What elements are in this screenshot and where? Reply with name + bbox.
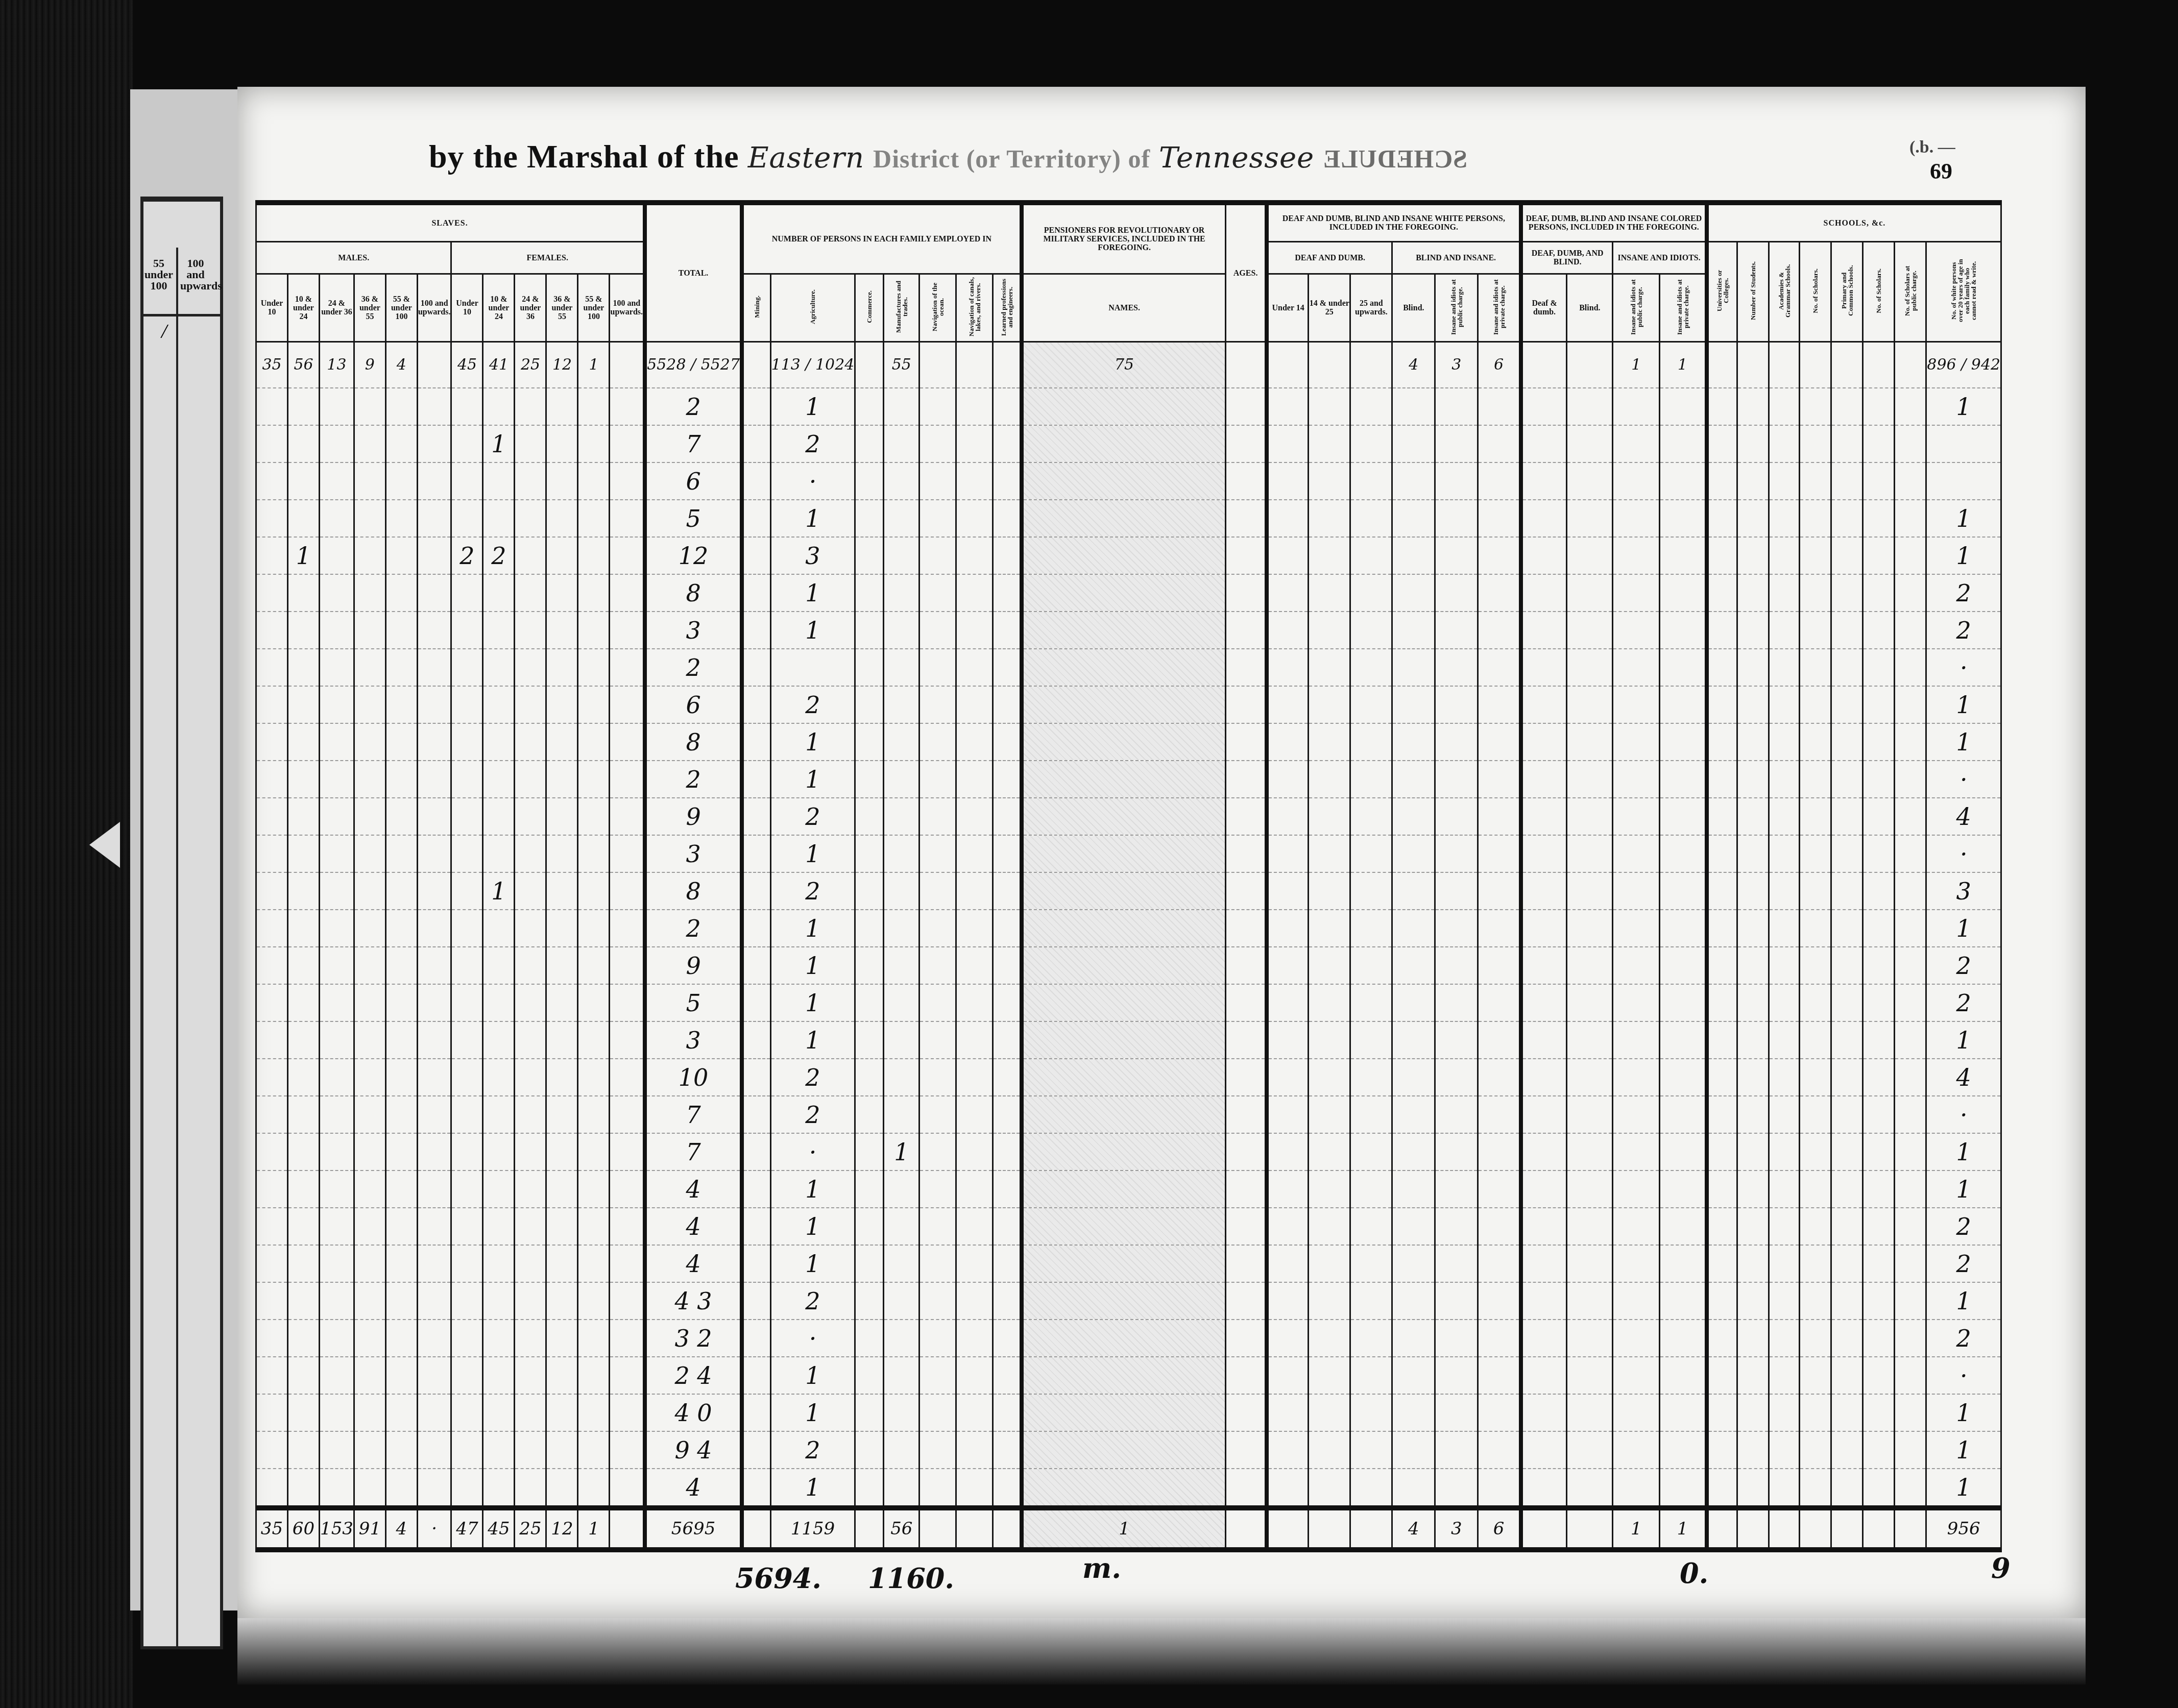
cell bbox=[855, 462, 884, 500]
cell bbox=[1478, 1059, 1521, 1096]
cell bbox=[578, 761, 610, 798]
cell bbox=[919, 425, 956, 462]
cell bbox=[1435, 649, 1478, 686]
cell bbox=[1567, 462, 1613, 500]
cell bbox=[1707, 910, 1737, 947]
agriculture-count: 2 bbox=[770, 1431, 855, 1469]
cell bbox=[855, 761, 884, 798]
cell bbox=[1831, 1170, 1863, 1208]
cell bbox=[1567, 612, 1613, 649]
cell bbox=[1521, 1170, 1567, 1208]
cell bbox=[1707, 1245, 1737, 1282]
cell bbox=[1737, 1245, 1769, 1282]
cell bbox=[1392, 574, 1435, 612]
grand-total: 5695 bbox=[645, 1508, 742, 1550]
cell bbox=[288, 686, 320, 723]
cell bbox=[1660, 1469, 1707, 1508]
table-row: 511 bbox=[256, 500, 2001, 537]
cell bbox=[417, 1059, 451, 1096]
cell bbox=[417, 1096, 451, 1133]
cell bbox=[1613, 388, 1660, 425]
total-cell bbox=[993, 1508, 1022, 1550]
manufactures-total: 56 bbox=[884, 1508, 919, 1550]
table-row: 4 011 bbox=[256, 1394, 2001, 1431]
cell bbox=[610, 984, 645, 1021]
cannot-read-count: 2 bbox=[1926, 1245, 2001, 1282]
pensioners-ages-header: AGES. bbox=[1226, 203, 1267, 342]
cell bbox=[956, 1431, 993, 1469]
cell bbox=[1800, 1431, 1831, 1469]
cell bbox=[256, 761, 288, 798]
table-row: 2 41· bbox=[256, 1357, 2001, 1394]
cell bbox=[1613, 761, 1660, 798]
cell bbox=[956, 1282, 993, 1320]
cell bbox=[1800, 686, 1831, 723]
manufactures-count bbox=[884, 1431, 919, 1469]
employed-col-learned: Learned professions and engineers. bbox=[993, 274, 1022, 342]
cell bbox=[919, 1320, 956, 1357]
cell bbox=[1613, 1133, 1660, 1170]
cell bbox=[1267, 425, 1309, 462]
cell bbox=[1660, 1170, 1707, 1208]
cell bbox=[483, 910, 515, 947]
cell bbox=[1226, 686, 1267, 723]
cell bbox=[1567, 910, 1613, 947]
cell bbox=[1478, 1357, 1521, 1394]
cell bbox=[919, 1096, 956, 1133]
cell bbox=[1737, 910, 1769, 947]
cannot-read-count bbox=[1926, 462, 2001, 500]
cell bbox=[354, 761, 385, 798]
cell bbox=[1660, 1133, 1707, 1170]
cell bbox=[1478, 649, 1521, 686]
cell bbox=[1737, 342, 1769, 388]
cell bbox=[483, 798, 515, 835]
cell bbox=[1226, 1469, 1267, 1508]
cell bbox=[578, 1245, 610, 1282]
cannot-read-count: 4 bbox=[1926, 798, 2001, 835]
cell bbox=[320, 1170, 354, 1208]
cell: 45 bbox=[451, 342, 483, 388]
cell bbox=[1863, 1431, 1895, 1469]
cell bbox=[919, 574, 956, 612]
slave-female-col-6: 100 and upwards. bbox=[610, 274, 645, 342]
manufactures-count bbox=[884, 1021, 919, 1059]
household-total: 4 bbox=[645, 1245, 742, 1282]
agriculture-count: 1 bbox=[770, 984, 855, 1021]
cell bbox=[1800, 835, 1831, 872]
cell: 9 bbox=[354, 342, 385, 388]
cell bbox=[1737, 1133, 1769, 1170]
cell bbox=[1660, 1320, 1707, 1357]
cell bbox=[956, 1245, 993, 1282]
household-total: 7 bbox=[645, 1096, 742, 1133]
slave-female-col-3: 24 & under 36 bbox=[515, 274, 546, 342]
total-cell bbox=[956, 1508, 993, 1550]
manufactures-count bbox=[884, 537, 919, 574]
cell bbox=[385, 1021, 417, 1059]
cell bbox=[320, 761, 354, 798]
cell bbox=[956, 425, 993, 462]
cell bbox=[1737, 1469, 1769, 1508]
cell bbox=[1863, 1469, 1895, 1508]
cell bbox=[1737, 723, 1769, 761]
cell bbox=[610, 1320, 645, 1357]
cell bbox=[483, 1394, 515, 1431]
cell bbox=[546, 388, 578, 425]
cell bbox=[610, 723, 645, 761]
cell bbox=[1863, 388, 1895, 425]
cell bbox=[1022, 1469, 1226, 1508]
cell bbox=[1769, 612, 1800, 649]
cell bbox=[1226, 1431, 1267, 1469]
cell bbox=[610, 612, 645, 649]
cell bbox=[1521, 574, 1567, 612]
cell bbox=[578, 798, 610, 835]
cell bbox=[1769, 798, 1800, 835]
household-total: 2 bbox=[645, 910, 742, 947]
cell bbox=[1350, 1357, 1392, 1394]
cell bbox=[417, 761, 451, 798]
cell bbox=[956, 1170, 993, 1208]
colored-deaf-col: Deaf & dumb. bbox=[1521, 274, 1567, 342]
cell bbox=[515, 388, 546, 425]
cell bbox=[1309, 462, 1350, 500]
cell bbox=[1309, 1320, 1350, 1357]
cell bbox=[1660, 761, 1707, 798]
cell bbox=[320, 1021, 354, 1059]
cell bbox=[855, 1208, 884, 1245]
cell bbox=[1309, 723, 1350, 761]
manufactures-count bbox=[884, 910, 919, 947]
cell bbox=[1350, 1320, 1392, 1357]
cell bbox=[1392, 1282, 1435, 1320]
cell bbox=[1831, 574, 1863, 612]
cell bbox=[515, 835, 546, 872]
cell bbox=[956, 761, 993, 798]
cell bbox=[1895, 1021, 1926, 1059]
cell bbox=[1435, 1469, 1478, 1508]
agriculture-count: 1 bbox=[770, 1357, 855, 1394]
cell bbox=[1707, 1059, 1737, 1096]
cell bbox=[1350, 910, 1392, 947]
cell bbox=[1737, 1320, 1769, 1357]
cell bbox=[256, 723, 288, 761]
cell bbox=[742, 1394, 770, 1431]
cell bbox=[1831, 462, 1863, 500]
sheet-bottom-shadow bbox=[237, 1618, 2086, 1685]
cell bbox=[919, 649, 956, 686]
cell bbox=[610, 1170, 645, 1208]
cell bbox=[385, 500, 417, 537]
district-handwritten: Eastern bbox=[748, 141, 864, 175]
cell bbox=[546, 537, 578, 574]
cell bbox=[1831, 1357, 1863, 1394]
cell bbox=[1309, 574, 1350, 612]
cell bbox=[919, 500, 956, 537]
cell bbox=[417, 1357, 451, 1394]
total-cell bbox=[1800, 1508, 1831, 1550]
table-row: 312 bbox=[256, 612, 2001, 649]
cell bbox=[919, 1133, 956, 1170]
cell bbox=[320, 1133, 354, 1170]
cannot-read-count: 1 bbox=[1926, 1469, 2001, 1508]
cell bbox=[1226, 1357, 1267, 1394]
household-total: 3 2 bbox=[645, 1320, 742, 1357]
white-insane-public-col: Insane and idiots at public charge. bbox=[1435, 274, 1478, 342]
page-number: 69 bbox=[1930, 158, 1952, 184]
page-title: by the Marshal of the Eastern District (… bbox=[429, 138, 1467, 176]
cell bbox=[742, 1059, 770, 1096]
cell bbox=[1737, 574, 1769, 612]
cell bbox=[451, 723, 483, 761]
cell bbox=[1309, 984, 1350, 1021]
cell bbox=[993, 1431, 1022, 1469]
cell bbox=[855, 1282, 884, 1320]
cell bbox=[256, 835, 288, 872]
totals-row: 35 60 153 91 4 · 47 45 25 12 1 5695 1159… bbox=[256, 1508, 2001, 1550]
cell bbox=[385, 1208, 417, 1245]
cell bbox=[1707, 342, 1737, 388]
cell bbox=[385, 388, 417, 425]
cell bbox=[1521, 612, 1567, 649]
cell bbox=[578, 723, 610, 761]
cell bbox=[1521, 537, 1567, 574]
cell bbox=[1022, 500, 1226, 537]
manufactures-count bbox=[884, 723, 919, 761]
agriculture-count: 2 bbox=[770, 1282, 855, 1320]
cell bbox=[451, 1245, 483, 1282]
cell bbox=[1309, 1170, 1350, 1208]
cell bbox=[320, 872, 354, 910]
cell bbox=[1267, 686, 1309, 723]
cell bbox=[919, 537, 956, 574]
cell bbox=[855, 984, 884, 1021]
cell bbox=[956, 1469, 993, 1508]
cell bbox=[546, 1320, 578, 1357]
cell bbox=[354, 1208, 385, 1245]
cell bbox=[483, 649, 515, 686]
cell bbox=[1863, 1021, 1895, 1059]
cell bbox=[855, 872, 884, 910]
cell bbox=[742, 835, 770, 872]
cell bbox=[1895, 462, 1926, 500]
cell bbox=[1800, 388, 1831, 425]
cell bbox=[451, 388, 483, 425]
cell bbox=[993, 1133, 1022, 1170]
cell bbox=[417, 612, 451, 649]
cannot-read-count: 2 bbox=[1926, 947, 2001, 984]
cell bbox=[742, 686, 770, 723]
cell bbox=[417, 574, 451, 612]
total-cell bbox=[1226, 1508, 1267, 1550]
cell bbox=[1707, 1021, 1737, 1059]
cell bbox=[1800, 574, 1831, 612]
cell bbox=[1350, 1021, 1392, 1059]
cell bbox=[1769, 1282, 1800, 1320]
cell bbox=[610, 537, 645, 574]
cell bbox=[1613, 612, 1660, 649]
manufactures-count bbox=[884, 835, 919, 872]
manufactures-count bbox=[884, 872, 919, 910]
cell bbox=[515, 1357, 546, 1394]
cell bbox=[1267, 574, 1309, 612]
cell bbox=[546, 1282, 578, 1320]
cell: 4 bbox=[385, 342, 417, 388]
cell bbox=[546, 574, 578, 612]
cell bbox=[610, 1469, 645, 1508]
table-row: 1024 bbox=[256, 1059, 2001, 1096]
cell bbox=[1831, 1431, 1863, 1469]
cell bbox=[610, 1059, 645, 1096]
cell bbox=[578, 574, 610, 612]
cell bbox=[320, 462, 354, 500]
cell bbox=[256, 1059, 288, 1096]
household-total: 9 4 bbox=[645, 1431, 742, 1469]
total-cell bbox=[1769, 1508, 1800, 1550]
cell bbox=[1521, 388, 1567, 425]
cell bbox=[451, 1469, 483, 1508]
household-total: 2 bbox=[645, 761, 742, 798]
cell bbox=[742, 462, 770, 500]
cell bbox=[385, 1245, 417, 1282]
cell bbox=[1435, 761, 1478, 798]
total-cell bbox=[1863, 1508, 1895, 1550]
cell bbox=[1022, 686, 1226, 723]
employed-col-commerce: Commerce. bbox=[855, 274, 884, 342]
table-row: 924 bbox=[256, 798, 2001, 835]
cell bbox=[1392, 1133, 1435, 1170]
cell bbox=[1613, 537, 1660, 574]
cell bbox=[1435, 537, 1478, 574]
cell bbox=[1478, 1431, 1521, 1469]
cell bbox=[578, 1357, 610, 1394]
cell bbox=[919, 798, 956, 835]
cell bbox=[1435, 1059, 1478, 1096]
cell bbox=[417, 798, 451, 835]
cell bbox=[1737, 649, 1769, 686]
cell bbox=[1022, 798, 1226, 835]
cell bbox=[855, 537, 884, 574]
manufactures-count bbox=[884, 1245, 919, 1282]
household-total: 2 4 bbox=[645, 1357, 742, 1394]
table-row: 1823 bbox=[256, 872, 2001, 910]
cannot-read-count: · bbox=[1926, 649, 2001, 686]
agriculture-total: 1159 bbox=[770, 1508, 855, 1550]
cell bbox=[354, 1170, 385, 1208]
cell bbox=[742, 984, 770, 1021]
cell bbox=[515, 425, 546, 462]
cell bbox=[956, 388, 993, 425]
cell bbox=[1521, 1469, 1567, 1508]
cell bbox=[1309, 798, 1350, 835]
cell bbox=[993, 723, 1022, 761]
cell bbox=[1831, 947, 1863, 984]
cell bbox=[1800, 1170, 1831, 1208]
agriculture-count: 1 bbox=[770, 1245, 855, 1282]
cell bbox=[993, 649, 1022, 686]
cell bbox=[578, 462, 610, 500]
colored-deaf-group-header: DEAF, DUMB, BLIND AND INSANE COLORED PER… bbox=[1521, 203, 1707, 242]
cell bbox=[1267, 612, 1309, 649]
cell bbox=[1707, 798, 1737, 835]
cell bbox=[546, 1394, 578, 1431]
cell bbox=[1267, 947, 1309, 984]
cell bbox=[256, 537, 288, 574]
cell bbox=[855, 1133, 884, 1170]
total-cell: 153 bbox=[320, 1508, 354, 1550]
cell bbox=[1392, 649, 1435, 686]
table-row: 412 bbox=[256, 1245, 2001, 1282]
household-total: 5 bbox=[645, 500, 742, 537]
cell bbox=[610, 1133, 645, 1170]
cell bbox=[546, 910, 578, 947]
cell bbox=[1226, 1170, 1267, 1208]
total-cell bbox=[610, 1508, 645, 1550]
cell bbox=[578, 910, 610, 947]
cell bbox=[1392, 686, 1435, 723]
cell bbox=[288, 835, 320, 872]
cell bbox=[919, 910, 956, 947]
cell bbox=[354, 984, 385, 1021]
cell bbox=[1831, 1394, 1863, 1431]
pensioners-group-header: PENSIONERS FOR REVOLUTIONARY OR MILITARY… bbox=[1022, 203, 1226, 274]
agriculture-count: 2 bbox=[770, 1059, 855, 1096]
cell bbox=[610, 425, 645, 462]
cell bbox=[1478, 1208, 1521, 1245]
cell bbox=[288, 910, 320, 947]
cell bbox=[1350, 342, 1392, 388]
cell bbox=[1267, 1320, 1309, 1357]
cell bbox=[385, 910, 417, 947]
cell bbox=[1350, 537, 1392, 574]
cell bbox=[256, 1096, 288, 1133]
cell bbox=[1022, 649, 1226, 686]
carried-agriculture: 1160. bbox=[868, 1562, 954, 1595]
manufactures-count bbox=[884, 388, 919, 425]
cell bbox=[515, 947, 546, 984]
slave-female-col-5: 55 & under 100 bbox=[578, 274, 610, 342]
total-header: TOTAL. bbox=[645, 203, 742, 342]
cell bbox=[1613, 947, 1660, 984]
cell bbox=[1350, 1096, 1392, 1133]
cell bbox=[1707, 947, 1737, 984]
cell bbox=[354, 1282, 385, 1320]
cell bbox=[1800, 1021, 1831, 1059]
cell bbox=[1392, 1208, 1435, 1245]
cell bbox=[385, 947, 417, 984]
cell bbox=[1737, 1096, 1769, 1133]
cell bbox=[742, 1431, 770, 1469]
white-deaf-dumb-header: DEAF AND DUMB. bbox=[1267, 242, 1392, 274]
cell bbox=[1267, 1282, 1309, 1320]
cell bbox=[417, 723, 451, 761]
cell bbox=[993, 1096, 1022, 1133]
total-cell bbox=[1350, 1508, 1392, 1550]
agriculture-count: 1 bbox=[770, 947, 855, 984]
cell bbox=[1226, 835, 1267, 872]
cell: 12 bbox=[546, 342, 578, 388]
cell bbox=[546, 872, 578, 910]
cell bbox=[610, 1282, 645, 1320]
cell bbox=[385, 1133, 417, 1170]
cell bbox=[515, 1282, 546, 1320]
cell bbox=[1350, 835, 1392, 872]
total-cell: 25 bbox=[515, 1508, 546, 1550]
manufactures-count bbox=[884, 1469, 919, 1508]
cell bbox=[610, 835, 645, 872]
cell bbox=[919, 1469, 956, 1508]
